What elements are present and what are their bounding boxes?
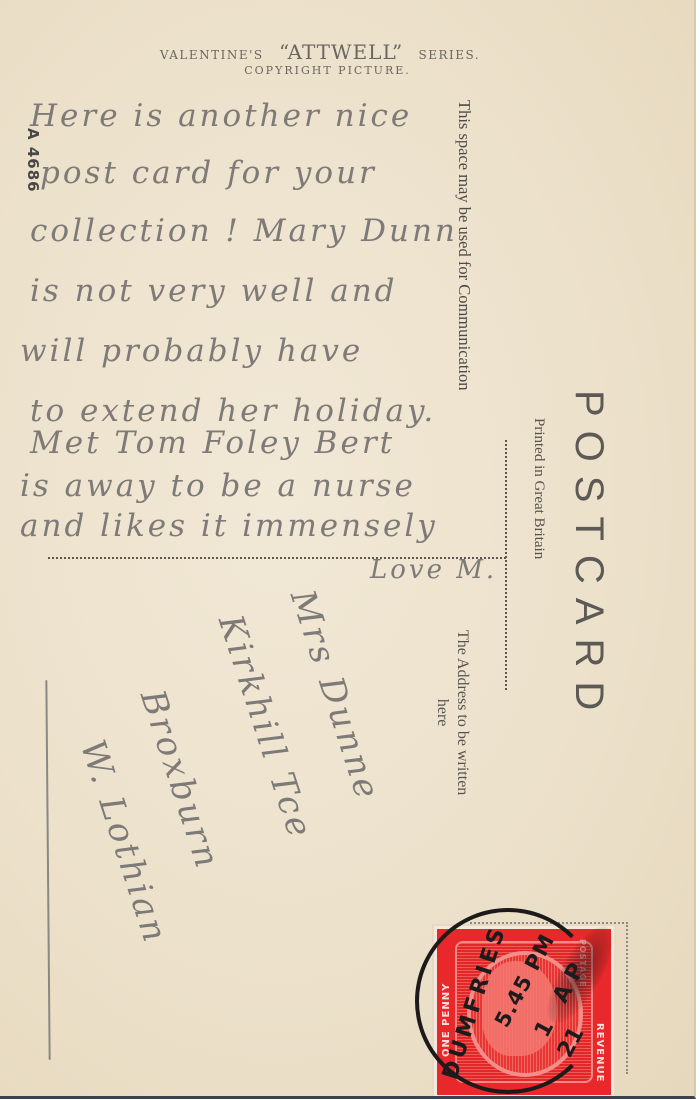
address-label: The Address to be written here [432, 630, 472, 795]
message-line: is away to be a nurse [20, 468, 416, 504]
postcard-title: POSTCARD [566, 390, 611, 724]
series-suffix: SERIES. [419, 48, 481, 62]
message-line: collection ! Mary Dunn [30, 213, 458, 249]
pencil-underline [45, 680, 50, 1060]
message-line: Met Tom Foley Bert [30, 425, 395, 461]
message-divider-vertical [505, 440, 507, 690]
address-label-line1: The Address to be written [452, 630, 472, 795]
message-line: Here is another nice [30, 98, 412, 134]
message-line: to extend her holiday. [30, 393, 436, 429]
copyright-line: COPYRIGHT PICTURE. [0, 64, 655, 77]
publisher-line: VALENTINE'S “ATTWELL” SERIES. [0, 40, 640, 64]
postcard-back: VALENTINE'S “ATTWELL” SERIES. COPYRIGHT … [0, 0, 696, 1099]
message-line: is not very well and [30, 273, 398, 309]
printed-in-label: Printed in Great Britain [530, 418, 547, 559]
message-signoff: Love M. [370, 555, 497, 585]
address-label-line2: here [432, 630, 452, 795]
message-line: and likes it immensely [20, 508, 438, 544]
series-name: “ATTWELL” [279, 40, 403, 64]
message-line: post card for your [40, 155, 377, 191]
publisher-prefix: VALENTINE'S [160, 48, 264, 62]
message-line: will probably have [20, 333, 363, 369]
